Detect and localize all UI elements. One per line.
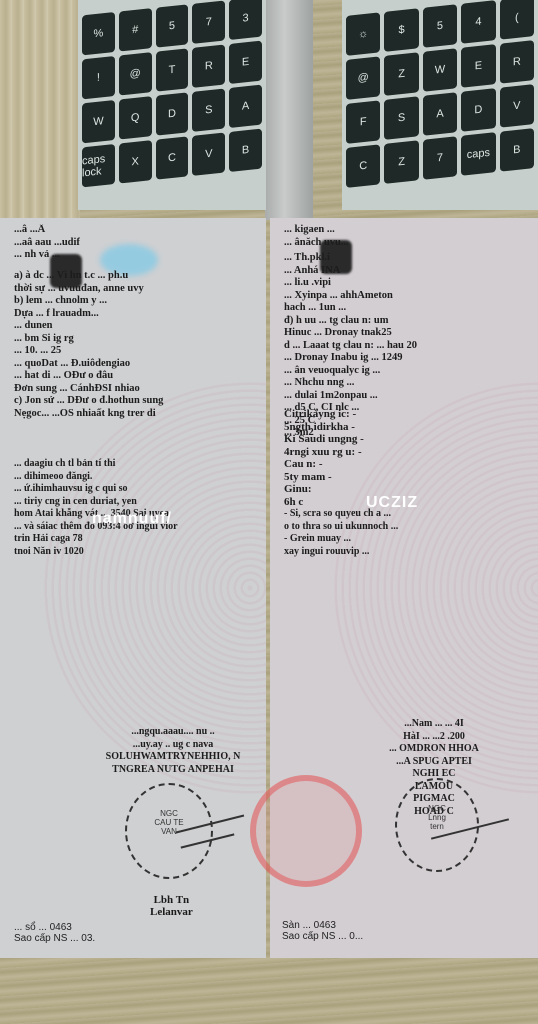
field-line: 4rngi xuu rg u: - bbox=[284, 446, 528, 459]
keyboard-key: @ bbox=[119, 52, 152, 95]
footer-note: ... sổ ... 0463Sao cấp NS ... 03. bbox=[14, 922, 95, 944]
text-line: đ) h uu ... tg clau n: um bbox=[284, 315, 528, 328]
signoff-line: TNGREA NUTG ANPEHAI bbox=[80, 764, 266, 777]
signer-name: Lbh TnLelanvar bbox=[150, 894, 193, 918]
text-line: ... dunen bbox=[14, 320, 256, 333]
signoff-line: HàI ... ...2 .200 bbox=[330, 731, 538, 744]
text-line: ... Dronay Inabu ig ... 1249 bbox=[284, 352, 528, 365]
keyboard-key: ☼ bbox=[346, 12, 380, 56]
document-header: ... kigaen ...... ânăch uvu... bbox=[284, 224, 528, 249]
keyboard-key: D bbox=[156, 92, 189, 135]
overlay-watermark: UCZIZ bbox=[366, 494, 418, 512]
text-line: c) Jon sử ... DĐư o đ.hothun sung bbox=[14, 395, 256, 408]
keyboard-key: Z bbox=[384, 140, 418, 184]
signer-line: Lelanvar bbox=[150, 906, 193, 918]
keyboard-key: 4 bbox=[461, 0, 495, 44]
signoff-line: ...uy.ay .. ug c nava bbox=[80, 739, 266, 752]
text-line: ... Nhchu nng ... bbox=[284, 377, 528, 390]
text-line: hach ... 1un ... bbox=[284, 302, 528, 315]
text-line: b) lem ... chnolm y ... bbox=[14, 295, 256, 308]
text-line: Đơn sung ... CánhĐSI nhiao bbox=[14, 383, 256, 396]
keyboard-key: # bbox=[119, 8, 152, 51]
note-line: xay ingui rouuvip ... bbox=[284, 546, 528, 559]
keyboard-key: S bbox=[384, 96, 418, 140]
text-line: Dựa ... f lrauadm... bbox=[14, 308, 256, 321]
footer-note: Sàn ... 0463Sao cấp NS ... 0... bbox=[282, 920, 363, 942]
red-seal-stamp bbox=[250, 775, 362, 887]
keyboard-key: E bbox=[229, 41, 262, 84]
keyboard-key: Z bbox=[384, 52, 418, 96]
text-line: tnoi Năn iv 1020 bbox=[14, 546, 256, 559]
overlay-watermark: namnuuf/ bbox=[92, 510, 172, 528]
signer-line: Lbh Tn bbox=[150, 894, 193, 906]
text-line: ... Th.pkl.i bbox=[284, 252, 528, 265]
field-line: 5ngth idirkha - bbox=[284, 421, 528, 434]
text-line: d ... Laaat tg clau n: ... hau 20 bbox=[284, 340, 528, 353]
keyboard-key: A bbox=[229, 85, 262, 128]
keyboard-key: 5 bbox=[423, 4, 457, 48]
keyboard-key: 3 bbox=[229, 0, 262, 40]
footer-line: Sao cấp NS ... 03. bbox=[14, 933, 95, 944]
footer-line: Sàn ... 0463 bbox=[282, 920, 363, 931]
text-line: ... ân veuoqualyc ig ... bbox=[284, 365, 528, 378]
text-line: ... Anhá INA bbox=[284, 265, 528, 278]
footer-line: Sao cấp NS ... 0... bbox=[282, 931, 363, 942]
keyboard-key: S bbox=[192, 88, 225, 131]
text-line: ... daagiu ch tl bản tí thi bbox=[14, 458, 256, 471]
text-line: ... 10. ... 25 bbox=[14, 345, 256, 358]
document-fields: Citrikàyng ic: -5ngth idirkha -Ki Saudi … bbox=[284, 408, 528, 508]
note-line: - Grein muay ... bbox=[284, 533, 528, 546]
text-line: thời sự ... uvuuđan, anne uvy bbox=[14, 283, 256, 296]
signoff-line: ...A SPUG APTEI bbox=[330, 756, 538, 769]
keyboard-key: B bbox=[229, 129, 262, 172]
signoff-line: ...ngqu.aaau.... nu .. bbox=[80, 726, 266, 739]
keyboard-key: 7 bbox=[192, 0, 225, 43]
keyboard-key: ( bbox=[500, 0, 534, 40]
official-stamp: NGCCAU TEVAN bbox=[125, 783, 213, 879]
keyboard-key: A bbox=[423, 92, 457, 136]
keyboard-key: W bbox=[82, 100, 115, 143]
text-line: ... dulai 1m2onpau ... bbox=[284, 390, 528, 403]
keyboard-key: F bbox=[346, 100, 380, 144]
keyboard-key: 7 bbox=[423, 136, 457, 180]
signoff-line: ... OMDRON HHOA bbox=[330, 743, 538, 756]
text-line: ... tiriy cng in cen duriat, yen bbox=[14, 496, 256, 509]
keyboard-key: V bbox=[192, 132, 225, 175]
field-line: Ki Saudi ungng - bbox=[284, 433, 528, 446]
header-line: ... ânăch uvu... bbox=[284, 237, 528, 250]
keyboard-key: W bbox=[423, 48, 457, 92]
keyboard-key: R bbox=[500, 40, 534, 84]
keyboard-key: T bbox=[156, 48, 189, 91]
keyboard-key: C bbox=[156, 136, 189, 179]
keyboard-key: caps bbox=[461, 132, 495, 176]
keyboard-key: ! bbox=[82, 56, 115, 99]
note-line: o to thra so ui ukunnoch ... bbox=[284, 521, 528, 534]
header-line: ...aâ aau ...udif bbox=[14, 237, 256, 250]
keyboard-right: ☼$54(@ZWERFSADVCZ7capsB bbox=[342, 0, 538, 210]
paper-gap-shadow bbox=[265, 0, 313, 220]
header-line: ... nh vả ... bbox=[14, 249, 256, 262]
document-notes: - Si, scra so quyeu ch a ...o to thra so… bbox=[284, 508, 528, 558]
field-line: Citrikàyng ic: - bbox=[284, 408, 528, 421]
text-line: ... li.u .vipi bbox=[284, 277, 528, 290]
field-line: Cau n: - bbox=[284, 458, 528, 471]
keyboard-key: caps lock bbox=[82, 144, 115, 187]
signoff-block: ...ngqu.aaau.... nu .....uy.ay .. ug c n… bbox=[80, 726, 266, 776]
signoff-line: SOLUHWAMTRYNEHHIO, N bbox=[80, 751, 266, 764]
keyboard-key: @ bbox=[346, 56, 380, 100]
keyboard-key: X bbox=[119, 140, 152, 183]
text-line: ... bm Si ig rg bbox=[14, 333, 256, 346]
keyboard-key: V bbox=[500, 84, 534, 128]
field-line: 5ty mam - bbox=[284, 471, 528, 484]
footer-line: ... sổ ... 0463 bbox=[14, 922, 95, 933]
text-line: ... dihimeoo đăngi. bbox=[14, 471, 256, 484]
header-line: ... kigaen ... bbox=[284, 224, 528, 237]
text-line: ... hat di ... OĐư o đâu bbox=[14, 370, 256, 383]
keyboard-key: R bbox=[192, 44, 225, 87]
keyboard-key: 5 bbox=[156, 4, 189, 47]
signoff-line: ...Nam ... ... 4I bbox=[330, 718, 538, 731]
text-line: trin Hải caga 78 bbox=[14, 533, 256, 546]
keyboard-left: %#573!@TREWQDSAcaps lockXCVB bbox=[78, 0, 266, 210]
header-line: ...â ...Â bbox=[14, 224, 256, 237]
keyboard-key: C bbox=[346, 144, 380, 188]
document-body-2: ... daagiu ch tl bản tí thi... dihimeoo … bbox=[14, 458, 256, 558]
keyboard-key: $ bbox=[384, 8, 418, 52]
keyboard-key: Q bbox=[119, 96, 152, 139]
text-line: ... ứ.ihimhauvsu ig c qui so bbox=[14, 483, 256, 496]
keyboard-key: D bbox=[461, 88, 495, 132]
document-header: ...â ...Â...aâ aau ...udif... nh vả ... bbox=[14, 224, 256, 262]
keyboard-key: E bbox=[461, 44, 495, 88]
wooden-table-edge bbox=[0, 0, 80, 220]
text-line: ... Xyinpa ... ahhAmeton bbox=[284, 290, 528, 303]
official-stamp: NGCLnngtern bbox=[395, 778, 479, 872]
document-body: a) à dc ... Vì hn t.c ... ph.uthời sự ..… bbox=[14, 270, 256, 420]
text-line: ... quoDat ... Đ.uiôdengiao bbox=[14, 358, 256, 371]
keyboard-key: % bbox=[82, 12, 115, 55]
text-line: Hinuc ... Dronay tnak25 bbox=[284, 327, 528, 340]
keyboard-key: B bbox=[500, 128, 534, 172]
text-line: Nẹgoc... ...OS nhiaất kng trer di bbox=[14, 408, 256, 421]
document-left: ...â ...Â...aâ aau ...udif... nh vả ... … bbox=[0, 218, 266, 958]
text-line: a) à dc ... Vì hn t.c ... ph.u bbox=[14, 270, 256, 283]
